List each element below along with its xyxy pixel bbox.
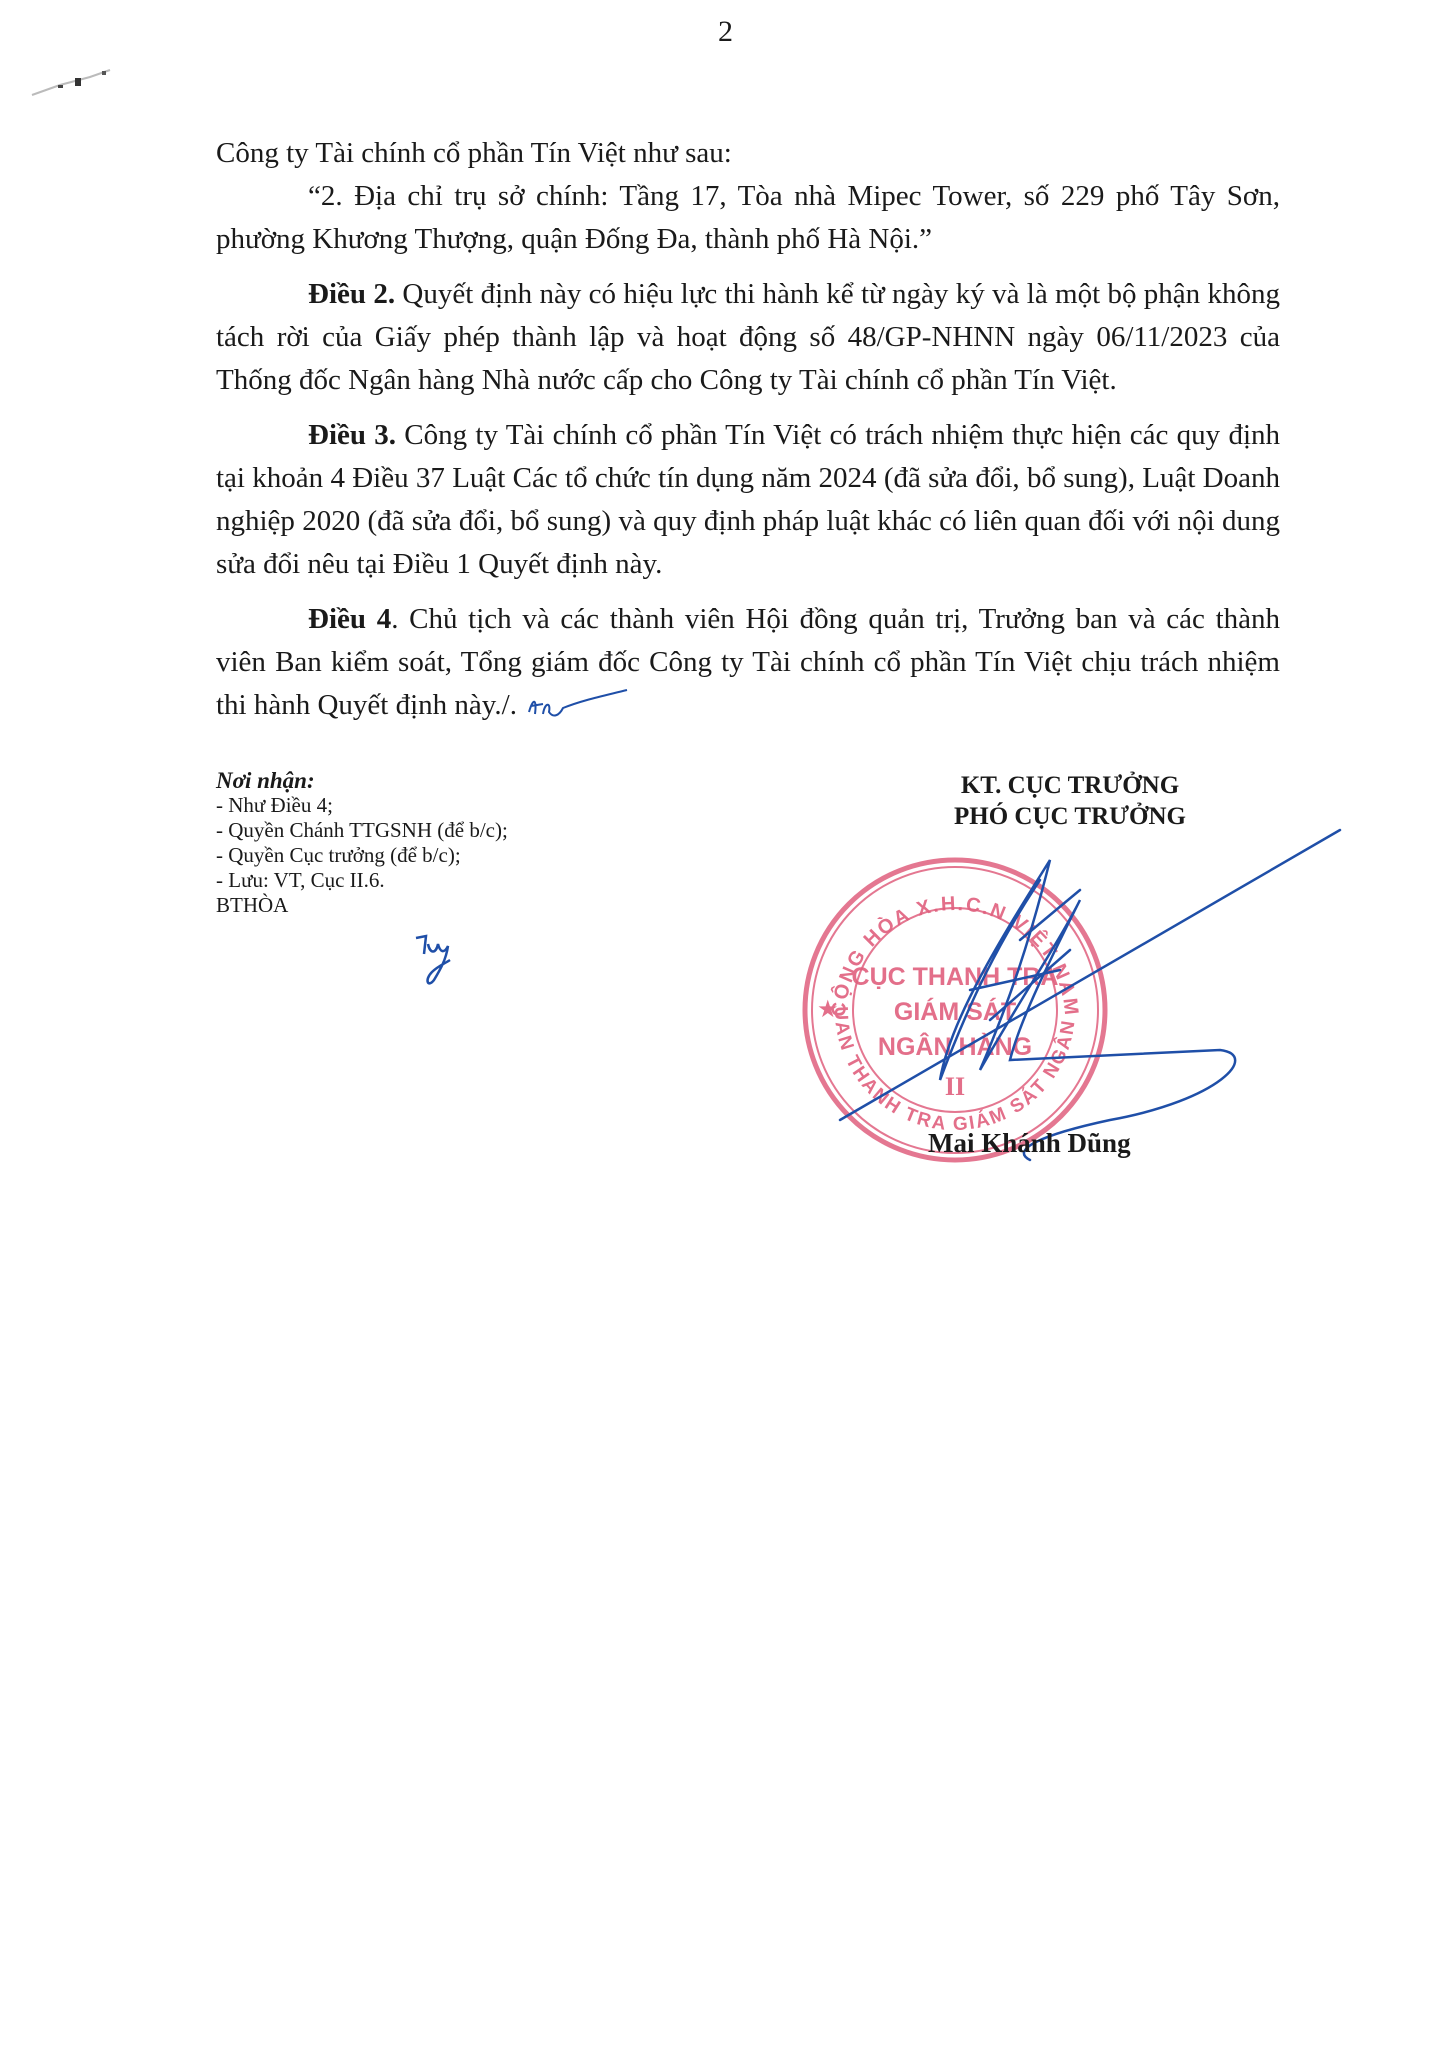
quoted-amendment: “2. Địa chỉ trụ sở chính: Tầng 17, Tòa n…	[216, 175, 1280, 261]
signer-line-1: KT. CỤC TRƯỞNG	[870, 770, 1270, 801]
article-heading: Điều 4	[308, 603, 391, 635]
signer-name: Mai Khánh Dũng	[928, 1128, 1131, 1159]
recipient-item: - Quyền Chánh TTGSNH (để b/c);	[216, 818, 508, 843]
handwritten-signature-icon	[780, 820, 1360, 1180]
scan-artifact-mark	[30, 55, 140, 105]
article-4: Điều 4. Chủ tịch và các thành viên Hội đ…	[216, 598, 1280, 727]
recipient-item: - Lưu: VT, Cục II.6.	[216, 868, 508, 893]
intro-line: Công ty Tài chính cổ phần Tín Việt như s…	[216, 132, 1280, 175]
recipients-block: Nơi nhận: - Như Điều 4; - Quyền Chánh TT…	[216, 768, 508, 918]
article-heading: Điều 3.	[308, 419, 396, 451]
initials-mark-icon	[523, 688, 633, 722]
drafter-initials-icon	[410, 930, 470, 990]
recipient-item: - Quyền Cục trưởng (để b/c);	[216, 843, 508, 868]
page-number: 2	[0, 12, 1451, 52]
recipient-item: - Như Điều 4;	[216, 793, 508, 818]
article-3: Điều 3. Công ty Tài chính cổ phần Tín Vi…	[216, 414, 1280, 586]
document-body: Công ty Tài chính cổ phần Tín Việt như s…	[216, 132, 1280, 727]
drafter-code: BTHÒA	[216, 893, 508, 918]
recipients-title: Nơi nhận:	[216, 768, 508, 793]
article-heading: Điều 2.	[308, 278, 395, 310]
article-2: Điều 2. Quyết định này có hiệu lực thi h…	[216, 273, 1280, 402]
